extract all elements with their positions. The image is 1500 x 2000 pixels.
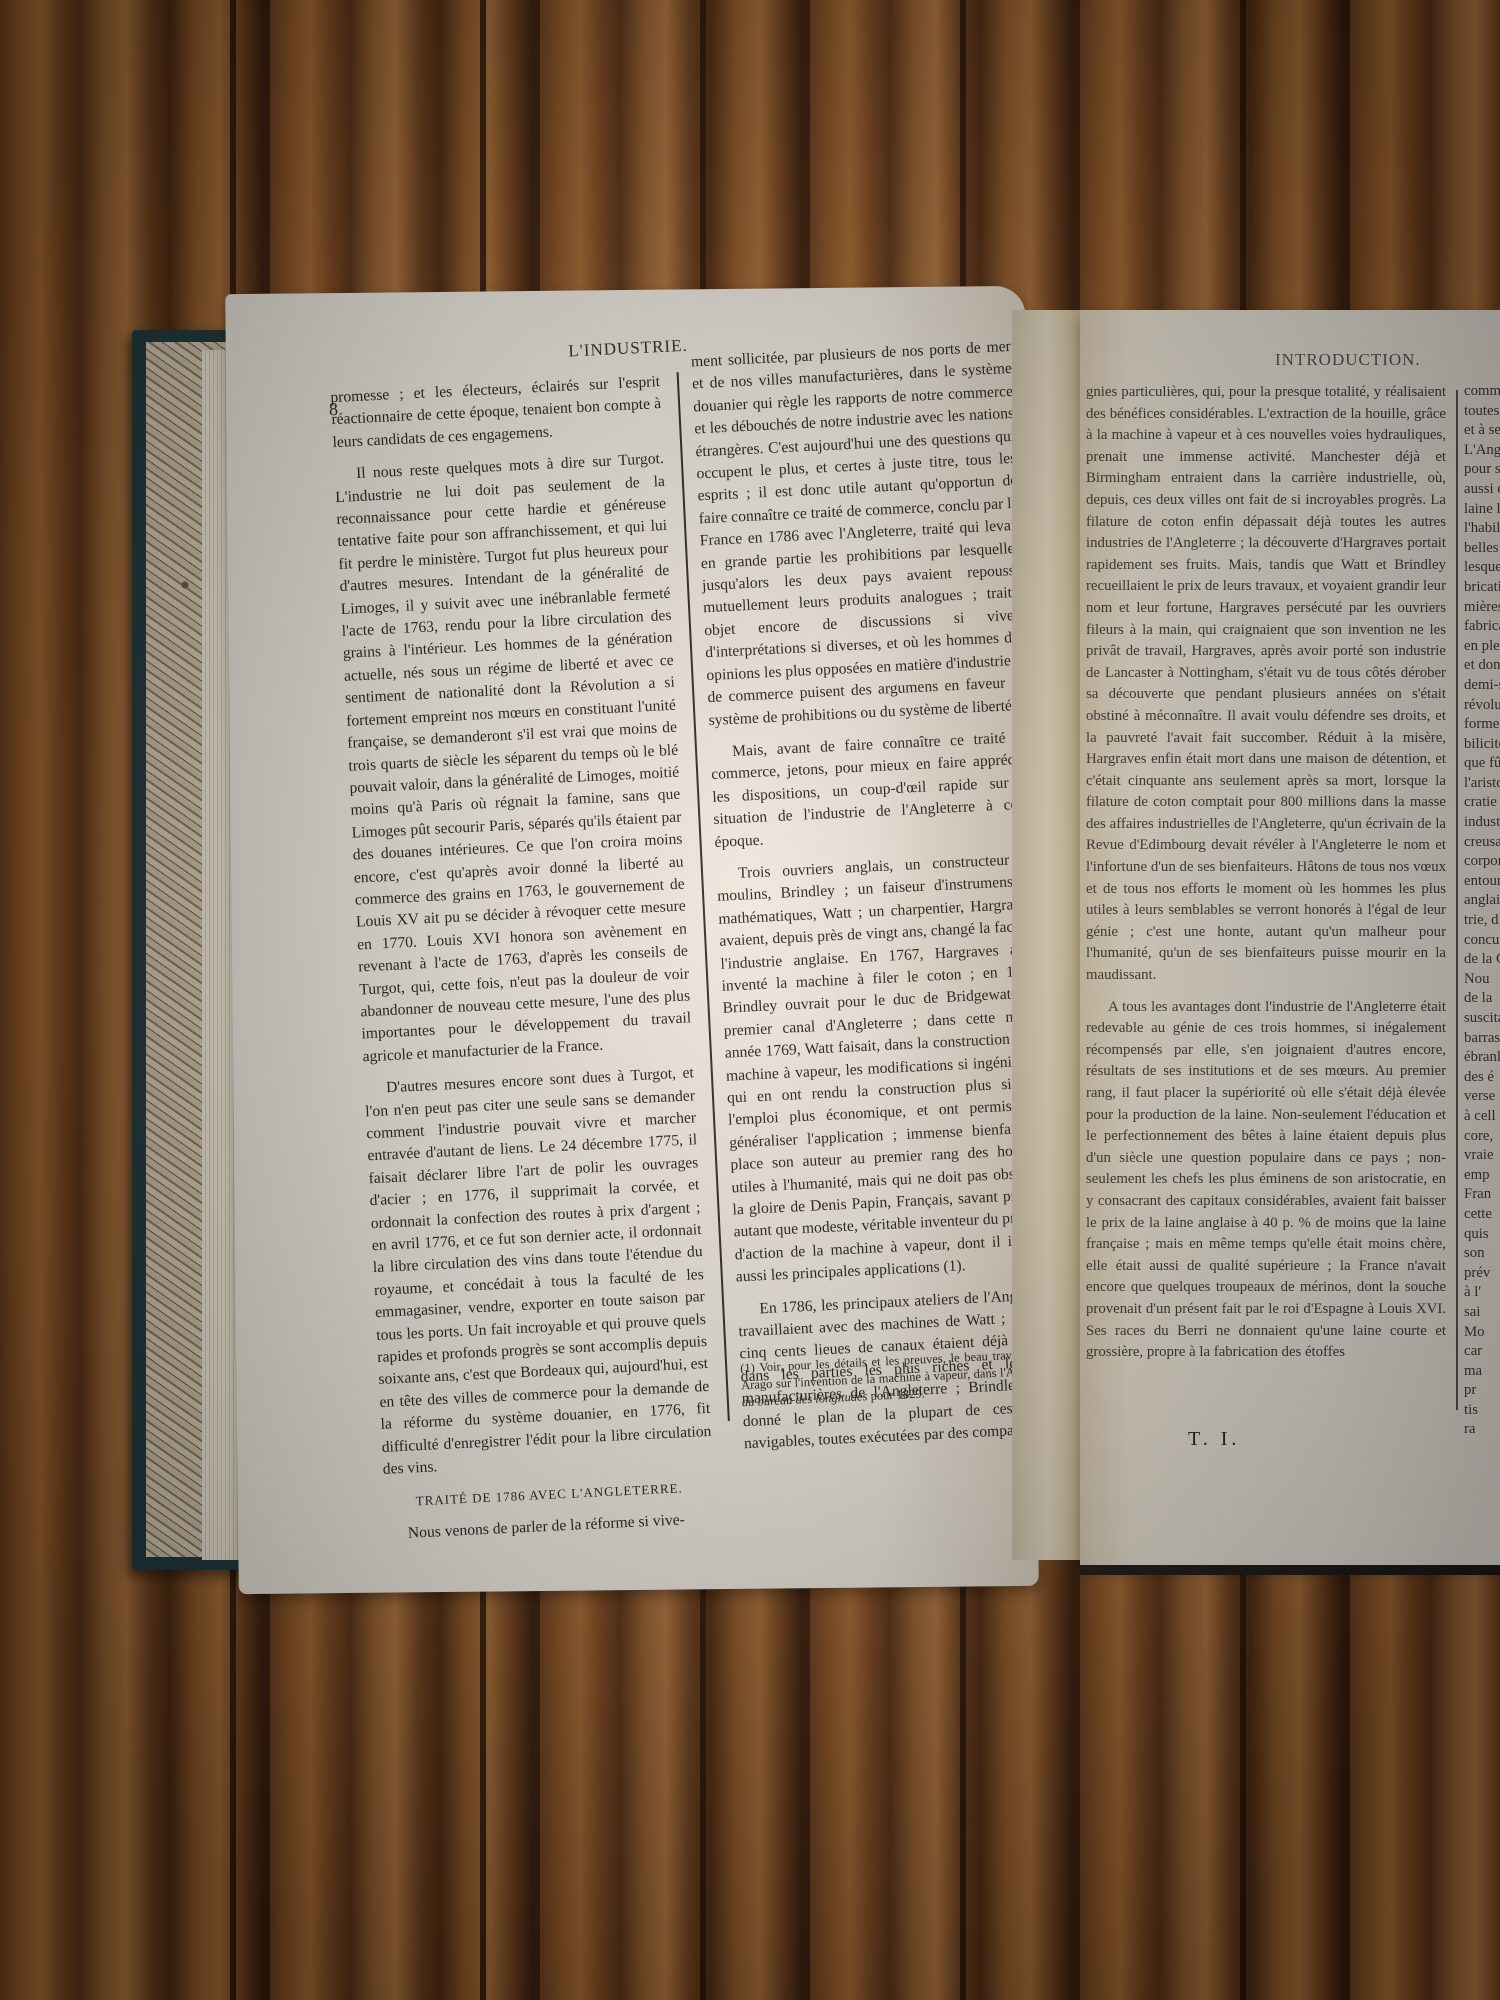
paragraph: Il nous reste quelques mots à dire sur T… (334, 448, 693, 1068)
left-column: gnies particulières, qui, pour la presqu… (1086, 382, 1446, 1374)
text-line-fragment: sai (1464, 1303, 1500, 1323)
paragraph: A tous les avantages dont l'industrie de… (1086, 997, 1446, 1364)
paragraph: Trois ouvriers anglais, un constructeur … (716, 848, 1056, 1289)
text-line-fragment: ra (1464, 1420, 1500, 1440)
text-line-fragment: cratie pr (1464, 793, 1500, 813)
text-line-fragment: cette (1464, 1205, 1500, 1225)
text-line-fragment: à l' (1464, 1283, 1500, 1303)
text-line-fragment: des é (1464, 1068, 1500, 1088)
text-line-fragment: concur (1464, 931, 1500, 951)
text-line-fragment: tis (1464, 1401, 1500, 1421)
text-line-fragment: toutes les ha (1464, 402, 1500, 422)
text-line-fragment: industrie (1464, 813, 1500, 833)
text-line-fragment: lesquelles l (1464, 558, 1500, 578)
footnote-end: pour 1829. (870, 1386, 925, 1403)
book-cover-right-edge (1080, 1565, 1500, 1575)
text-line-fragment: suscita (1464, 1009, 1500, 1029)
text-line-fragment: verse (1464, 1087, 1500, 1107)
text-line-fragment: aussi elle p (1464, 480, 1500, 500)
signature-mark: T. I. (1188, 1428, 1240, 1451)
text-line-fragment: et dont le (1464, 656, 1500, 676)
text-line-fragment: belles races (1464, 539, 1500, 559)
text-line-fragment: son (1464, 1244, 1500, 1264)
section-heading: TRAITÉ DE 1786 AVEC L'ANGLETERRE. (384, 1475, 715, 1513)
paragraph: Mais, avant de faire connaître ce traité… (710, 726, 1035, 854)
text-line-fragment: car (1464, 1342, 1500, 1362)
paragraph: D'autres mesures encore sont dues à Turg… (364, 1062, 713, 1481)
paragraph: ment sollicitée, par plusieurs de nos po… (691, 336, 1029, 732)
text-line-fragment: de la (1464, 989, 1500, 1009)
text-line-fragment: que fût l' (1464, 754, 1500, 774)
text-line-fragment: core, (1464, 1127, 1500, 1147)
text-line-fragment: à cell (1464, 1107, 1500, 1127)
text-line-fragment: demi-siècl (1464, 676, 1500, 696)
text-line-fragment: anglais (1464, 891, 1500, 911)
text-line-fragment: barras (1464, 1029, 1500, 1049)
text-line-fragment: laine longue (1464, 500, 1500, 520)
right-page: INTRODUCTION. gnies particulières, qui, … (1080, 310, 1500, 1565)
text-line-fragment: L'Angleterre (1464, 441, 1500, 461)
paragraph: promesse ; et les électeurs, éclairés su… (330, 371, 663, 454)
text-line-fragment: pour ses dra (1464, 460, 1500, 480)
paragraph: Nous venons de parler de la réforme si v… (385, 1508, 716, 1547)
text-line-fragment: Fran (1464, 1185, 1500, 1205)
text-line-fragment: l'habileté de (1464, 519, 1500, 539)
text-line-fragment: quis (1464, 1225, 1500, 1245)
right-column-fragment: communes,toutes les haet à ses fabrL'Ang… (1464, 382, 1500, 1440)
left-column: promesse ; et les électeurs, éclairés su… (330, 371, 717, 1556)
paragraph: gnies particulières, qui, pour la presqu… (1086, 382, 1446, 987)
open-book: 8 L'INDUSTRIE. promesse ; et les électeu… (132, 290, 1500, 1580)
running-head: INTRODUCTION. (1275, 350, 1421, 370)
right-column: ment sollicitée, par plusieurs de nos po… (691, 336, 1065, 1466)
text-line-fragment: prév (1464, 1264, 1500, 1284)
text-line-fragment: creusait (1464, 833, 1500, 853)
text-line-fragment: ma (1464, 1362, 1500, 1382)
left-page: 8 L'INDUSTRIE. promesse ; et les électeu… (225, 286, 1039, 1594)
text-line-fragment: mières an (1464, 598, 1500, 618)
text-line-fragment: emp (1464, 1166, 1500, 1186)
text-line-fragment: et à ses fabr (1464, 421, 1500, 441)
text-line-fragment: pr (1464, 1381, 1500, 1401)
text-line-fragment: Mo (1464, 1323, 1500, 1343)
text-line-fragment: Nou (1464, 970, 1500, 990)
text-line-fragment: brication d (1464, 578, 1500, 598)
text-line-fragment: bilicité de (1464, 735, 1500, 755)
running-head: L'INDUSTRIE. (568, 336, 688, 362)
text-line-fragment: forme ; el (1464, 715, 1500, 735)
text-line-fragment: de la G (1464, 950, 1500, 970)
text-line-fragment: ébranl (1464, 1048, 1500, 1068)
text-line-fragment: l'aristocr (1464, 774, 1500, 794)
text-line-fragment: communes, (1464, 382, 1500, 402)
text-line-fragment: vraie (1464, 1146, 1500, 1166)
text-line-fragment: trie, d (1464, 911, 1500, 931)
column-rule (1456, 390, 1458, 1410)
text-line-fragment: en pleine (1464, 637, 1500, 657)
text-line-fragment: révolution (1464, 696, 1500, 716)
text-line-fragment: fabricatio (1464, 617, 1500, 637)
text-line-fragment: entouré (1464, 872, 1500, 892)
text-line-fragment: corporat (1464, 852, 1500, 872)
footnote-marker: (1) (740, 1361, 755, 1376)
